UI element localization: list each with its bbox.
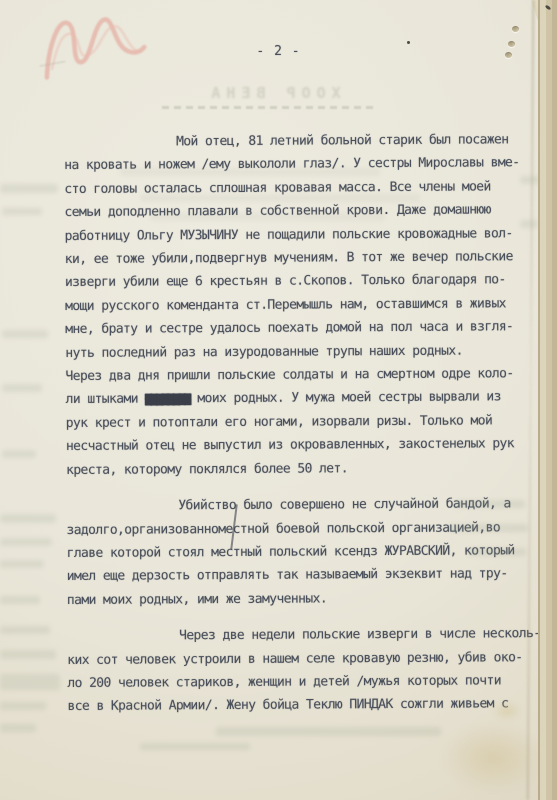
- page-number: - 2 -: [0, 44, 557, 59]
- bleedthrough-smudge: [2, 384, 42, 392]
- bleedthrough-smudge: [2, 450, 36, 458]
- bleedthrough-smudge: [0, 724, 36, 732]
- bleedthrough-smudge: [0, 596, 40, 604]
- paragraph: Мой отец, 81 летний больной старик был п…: [64, 128, 534, 482]
- typed-line: пами моих родных, ими же замученных.: [67, 586, 535, 612]
- bleedthrough-smudge: [0, 514, 56, 523]
- typed-line: рук крест и потоптали его ногами, изорва…: [66, 409, 534, 435]
- bleedthrough-smudge: [140, 194, 420, 202]
- paper-hole: [508, 41, 515, 47]
- bleedthrough-smudge: [455, 500, 525, 508]
- typed-line: Мой отец, 81 летний больной старик был п…: [64, 128, 532, 154]
- overstruck-word: ▇▇▇▇▇▇▇▇: [145, 393, 190, 406]
- paper-hole: [512, 26, 519, 32]
- typed-line: работницу Ольгу МУЗЫЧИНУ не пощадили пол…: [65, 222, 533, 248]
- typed-line: ли штыками ▇▇▇▇▇▇▇▇ моих родных. У мужа …: [66, 386, 534, 412]
- paper-hole: [505, 52, 512, 58]
- bleedthrough-smudge: [140, 743, 250, 750]
- document-page: - 2 - ХООР ВЕНА Мой отец, 81 летний боль…: [0, 0, 557, 800]
- bleedthrough-underline: [162, 106, 374, 109]
- page-edge: [538, 0, 557, 800]
- bleedthrough-smudge: [216, 727, 441, 736]
- bleedthrough-smudge: [0, 538, 52, 546]
- typed-line: главе которой стоял местный польский ксе…: [67, 539, 535, 565]
- bleedthrough-smudge: [120, 168, 380, 176]
- typed-line: Через два дня пришли польские солдаты и …: [65, 362, 533, 388]
- typed-line: Через две недели польские изверги в числ…: [67, 622, 535, 648]
- bleedthrough-smudge: [0, 674, 60, 690]
- bleedthrough-smudge: [0, 626, 50, 634]
- typed-line: нуть последний раз на изуродованные труп…: [65, 339, 533, 365]
- ink-speck: [407, 41, 410, 44]
- typed-line: ких сот человек устроили в нашем селе кр…: [67, 646, 535, 672]
- bleedthrough-heading: ХООР ВЕНА: [168, 84, 378, 102]
- paragraph: Убийство было совершено не случайной бан…: [66, 492, 535, 612]
- bleedthrough-smudge: [468, 548, 526, 556]
- bleedthrough-smudge: [520, 220, 538, 228]
- bleedthrough-smudge: [0, 702, 46, 710]
- typed-line: мне, брату и сестре удалось поехать домо…: [65, 315, 533, 341]
- bleedthrough-smudge: [2, 208, 42, 215]
- bleedthrough-smudge: [2, 330, 48, 338]
- typed-line: креста, которому поклялся более 50 лет.: [66, 456, 534, 482]
- typed-line: имел еще дерзость отправлять так называе…: [67, 562, 535, 588]
- typed-line: ло 200 человек стариков, женщин и детей …: [67, 669, 535, 695]
- typed-line: все в Красной Армии/. Жену бойца Теклю П…: [67, 692, 535, 718]
- paragraph: Через две недели польские изверги в числ…: [67, 622, 536, 718]
- typed-line: мощи русского коменданта ст.Перемышль на…: [65, 292, 533, 318]
- bleedthrough-smudge: [0, 560, 44, 568]
- typed-line: несчастный отец не выпустил из окровавле…: [66, 432, 534, 458]
- bleedthrough-smudge: [0, 650, 56, 659]
- bleedthrough-smudge: [0, 184, 58, 193]
- bleedthrough-smudge: [150, 213, 385, 221]
- typed-line: изверги убили еще 6 крестьян в с.Скопов.…: [65, 269, 533, 295]
- bleedthrough-smudge: [448, 524, 528, 532]
- typed-line: ки, ее тоже убили,подвергнув мучениям. В…: [65, 245, 533, 271]
